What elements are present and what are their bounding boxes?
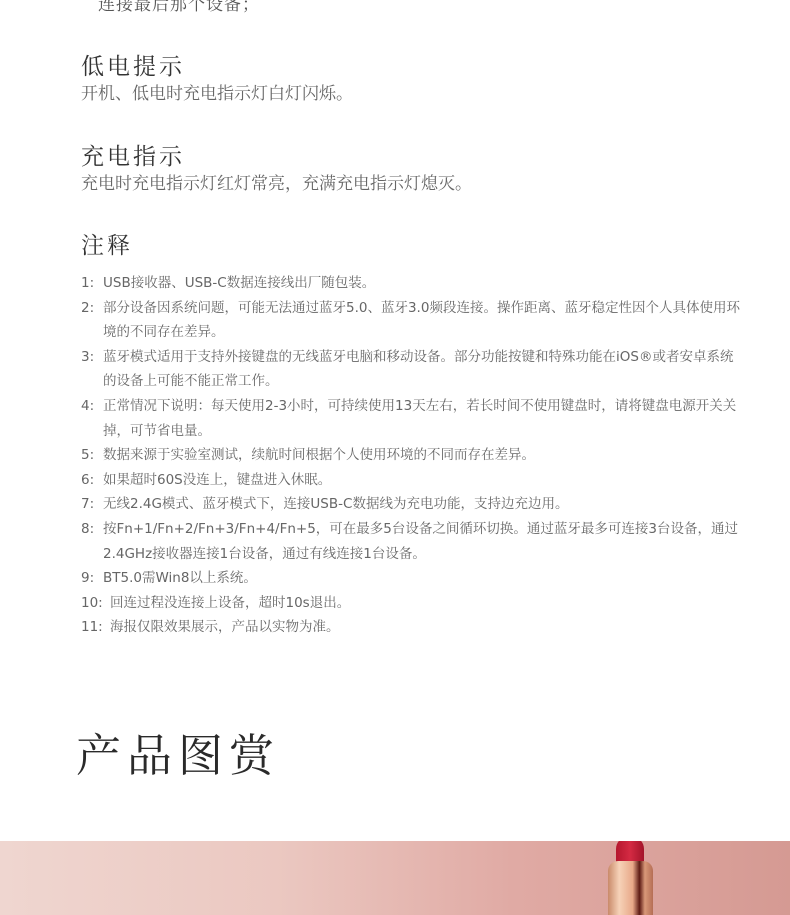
charging-indicator-title: 充电指示 [81, 143, 185, 171]
note-item: 6:如果超时60S没连上，键盘进入休眠。 [81, 468, 741, 493]
note-item: 7:无线2.4G模式、蓝牙模式下，连接USB-C数据线为充电功能，支持边充边用。 [81, 492, 741, 517]
note-number: 9: [81, 566, 103, 591]
note-item: 8:按Fn+1/Fn+2/Fn+3/Fn+4/Fn+5，可在最多5台设备之间循环… [81, 517, 741, 566]
charging-indicator-desc: 充电时充电指示灯红灯常亮，充满充电指示灯熄灭。 [81, 173, 472, 195]
note-number: 11: [81, 615, 110, 640]
gallery-title: 产品图赏 [76, 728, 280, 784]
previous-text-fragment: 连接最后那个设备； [98, 0, 260, 16]
note-number: 3: [81, 345, 103, 394]
note-number: 10: [81, 591, 110, 616]
note-text: BT5.0需Win8以上系统。 [103, 566, 741, 591]
note-text: 蓝牙模式适用于支持外接键盘的无线蓝牙电脑和移动设备。部分功能按键和特殊功能在iO… [103, 345, 741, 394]
note-item: 3:蓝牙模式适用于支持外接键盘的无线蓝牙电脑和移动设备。部分功能按键和特殊功能在… [81, 345, 741, 394]
note-number: 8: [81, 517, 103, 566]
note-item: 10:回连过程没连接上设备，超时10s退出。 [81, 591, 741, 616]
note-number: 2: [81, 296, 103, 345]
note-item: 1:USB接收器、USB-C数据连接线出厂随包装。 [81, 271, 741, 296]
note-item: 9:BT5.0需Win8以上系统。 [81, 566, 741, 591]
note-number: 7: [81, 492, 103, 517]
note-item: 4:正常情况下说明：每天使用2-3小时，可持续使用13天左右，若长时间不使用键盘… [81, 394, 741, 443]
lipstick-tube-graphic [608, 861, 653, 915]
note-text: 部分设备因系统问题，可能无法通过蓝牙5.0、蓝牙3.0频段连接。操作距离、蓝牙稳… [103, 296, 741, 345]
notes-list: 1:USB接收器、USB-C数据连接线出厂随包装。 2:部分设备因系统问题，可能… [81, 271, 741, 640]
note-text: 海报仅限效果展示，产品以实物为准。 [110, 615, 741, 640]
low-battery-desc: 开机、低电时充电指示灯白灯闪烁。 [81, 83, 353, 105]
note-text: 正常情况下说明：每天使用2-3小时，可持续使用13天左右，若长时间不使用键盘时，… [103, 394, 741, 443]
note-number: 6: [81, 468, 103, 493]
note-text: USB接收器、USB-C数据连接线出厂随包装。 [103, 271, 741, 296]
note-item: 5:数据来源于实验室测试，续航时间根据个人使用环境的不同而存在差异。 [81, 443, 741, 468]
note-number: 4: [81, 394, 103, 443]
note-text: 如果超时60S没连上，键盘进入休眠。 [103, 468, 741, 493]
notes-title: 注释 [81, 232, 133, 260]
note-item: 2:部分设备因系统问题，可能无法通过蓝牙5.0、蓝牙3.0频段连接。操作距离、蓝… [81, 296, 741, 345]
note-text: 无线2.4G模式、蓝牙模式下，连接USB-C数据线为充电功能，支持边充边用。 [103, 492, 741, 517]
note-text: 数据来源于实验室测试，续航时间根据个人使用环境的不同而存在差异。 [103, 443, 741, 468]
product-gallery-image [0, 841, 790, 915]
note-text: 按Fn+1/Fn+2/Fn+3/Fn+4/Fn+5，可在最多5台设备之间循环切换… [103, 517, 741, 566]
note-item: 11:海报仅限效果展示，产品以实物为准。 [81, 615, 741, 640]
low-battery-title: 低电提示 [81, 53, 185, 81]
note-number: 5: [81, 443, 103, 468]
note-text: 回连过程没连接上设备，超时10s退出。 [110, 591, 741, 616]
note-number: 1: [81, 271, 103, 296]
